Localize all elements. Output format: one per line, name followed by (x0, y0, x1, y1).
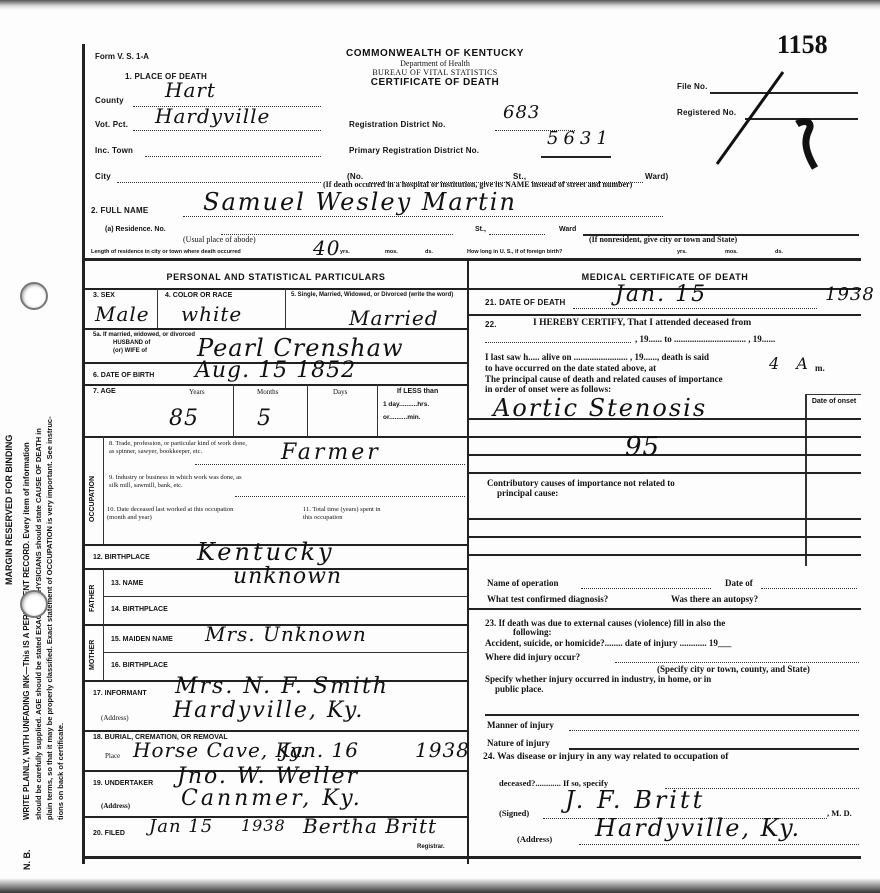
margin-nb: N. B. (22, 849, 32, 870)
ward-label: Ward) (645, 172, 668, 181)
residence-st-label: St., (475, 226, 486, 233)
divider (85, 384, 467, 386)
time-of-death-value[interactable]: 4 A (769, 354, 814, 373)
form-bottom-border (85, 856, 861, 859)
margin-instruction-3: plain terms, so that it may be properly … (45, 416, 54, 820)
cause-line-3 (469, 454, 861, 456)
nonresident-note: (If nonresident, give city or town and S… (589, 235, 737, 244)
divider (85, 328, 467, 330)
death-certificate-form: Form V. S. 1-A 1. PLACE OF DEATH COMMONW… (82, 44, 861, 864)
cancel-check-mark-icon (705, 64, 835, 174)
registrar-label: Registrar. (417, 844, 445, 850)
inc-town-line (145, 156, 321, 157)
spouse-label-1: 5a. If married, widowed, or divorced (93, 332, 195, 338)
last-saw-text: I last saw h..... alive on .............… (485, 352, 709, 362)
county-value[interactable]: Hart (165, 78, 216, 102)
trade-label: 8. Trade, profession, or particular kind… (109, 440, 249, 456)
registration-district-label: Registration District No. (349, 120, 446, 129)
length-of-residence-value[interactable]: 40 (313, 236, 340, 260)
binding-hole-icon (20, 590, 48, 618)
cause-line-4 (469, 472, 861, 474)
section-divider (85, 258, 861, 261)
dod-line (573, 308, 817, 309)
marital-value[interactable]: Married (349, 306, 439, 330)
divider (285, 288, 286, 328)
us-mos-label: mos. (725, 249, 738, 255)
certify-number: 22. (485, 320, 497, 329)
specify-city-note: (Specify city or town, county, and State… (657, 664, 810, 674)
column-divider (467, 258, 469, 864)
father-name-value[interactable]: unknown (233, 564, 342, 589)
trade-value[interactable]: Farmer (281, 440, 381, 465)
divider (307, 384, 308, 436)
nature-line (569, 748, 859, 750)
certificate-number: 1158 (777, 30, 828, 60)
divider (85, 288, 467, 290)
primary-district-label: Primary Registration District No. (349, 146, 479, 155)
mother-birthplace-label: 16. BIRTHPLACE (111, 662, 168, 669)
vot-pct-value[interactable]: Hardyville (155, 104, 270, 128)
primary-district-value[interactable]: 5631 (547, 128, 613, 149)
informant-label: 17. INFORMANT (93, 690, 147, 697)
sex-value[interactable]: Male (95, 302, 150, 326)
specify-where-2: public place. (495, 684, 544, 694)
mother-maiden-label: 15. MAIDEN NAME (111, 636, 173, 643)
birthplace-value[interactable]: Kentucky (197, 538, 335, 566)
margin-reserved-text: MARGIN RESERVED FOR BINDING (4, 435, 14, 585)
contributory-line-1 (469, 518, 861, 520)
sex-label: 3. SEX (93, 292, 115, 299)
manner-line (569, 730, 859, 731)
certify-text: I HEREBY CERTIFY, That I attended deceas… (533, 318, 751, 328)
occurred-text: to have occurred on the date stated abov… (485, 363, 656, 373)
months-label: Months (257, 388, 278, 396)
industry-line (235, 496, 465, 497)
ds-label: ds. (425, 249, 433, 255)
divider (103, 436, 104, 544)
burial-place-label: Place (105, 752, 120, 760)
county-label: County (95, 96, 124, 105)
divider (85, 436, 467, 438)
operation-date-line (761, 588, 857, 589)
onset-label: Date of onset (807, 398, 861, 406)
md-label: , M. D. (827, 808, 852, 818)
specify-where-1: Specify whether injury occurred in indus… (485, 674, 711, 684)
length-of-residence-label: Length of residence in city or town wher… (91, 249, 241, 255)
medical-heading: MEDICAL CERTIFICATE OF DEATH (469, 272, 861, 282)
industry-label: 9. Industry or business in which work wa… (109, 474, 249, 490)
where-injury-line (615, 662, 859, 663)
undertaker-address-value[interactable]: Cannmer, Ky. (181, 786, 363, 811)
mos-label: mos. (385, 249, 398, 255)
divider (85, 730, 467, 732)
margin-instruction-4: tions on back of certificate. (56, 723, 65, 820)
binding-margin: MARGIN RESERVED FOR BINDING N. B. WRITE … (0, 30, 82, 870)
burial-date-value[interactable]: Jan. 16 (281, 738, 359, 762)
divider (377, 384, 378, 436)
less-than-hrs: 1 day..........hrs. (383, 401, 429, 408)
personal-heading: PERSONAL AND STATISTICAL PARTICULARS (85, 272, 467, 282)
full-name-label: 2. FULL NAME (91, 206, 148, 215)
informant-value[interactable]: Mrs. N. F. Smith (175, 674, 389, 699)
spouse-label-3: (or) WIFE of (113, 348, 147, 354)
divider (103, 596, 467, 597)
mother-side-label: MOTHER (89, 640, 96, 670)
divider (233, 384, 234, 436)
certificate-title: CERTIFICATE OF DEATH (315, 77, 555, 88)
residence-label: (a) Residence. No. (105, 226, 166, 233)
operation-label: Name of operation (487, 578, 559, 588)
less-than-min: or..........min. (383, 414, 421, 421)
informant-address-value[interactable]: Hardyville, Ky. (173, 698, 364, 723)
primary-district-line (541, 156, 611, 158)
manner-label: Manner of injury (487, 720, 554, 730)
occupation-question-1: 24. Was disease or injury in any way rel… (483, 752, 728, 762)
physician-address-label: (Address) (517, 834, 552, 844)
physician-address-line (579, 844, 859, 845)
physician-signature[interactable]: J. F. Britt (565, 786, 705, 814)
birthplace-label: 12. BIRTHPLACE (93, 554, 150, 561)
nature-label: Nature of injury (487, 738, 550, 748)
where-injury-label: Where did injury occur? (485, 652, 580, 662)
residence-st-line (489, 234, 545, 235)
trade-line (195, 464, 465, 465)
margin-instruction-2: should be carefully supplied. AGE should… (34, 428, 43, 820)
cause-line-2 (469, 436, 861, 438)
color-value[interactable]: white (181, 302, 242, 326)
file-no-label: File No. (677, 82, 708, 91)
dob-value[interactable]: Aug. 15 1852 (195, 358, 356, 383)
form-id: Form V. S. 1-A (95, 52, 149, 61)
header-block: COMMONWEALTH OF KENTUCKY Department of H… (315, 48, 555, 88)
dod-year[interactable]: 1938 (825, 284, 875, 305)
us-yrs-label: yrs. (677, 249, 687, 255)
bureau-name: BUREAU OF VITAL STATISTICS (315, 68, 555, 77)
external-causes-2: following: (513, 627, 552, 637)
father-birthplace-label: 14. BIRTHPLACE (111, 606, 168, 613)
registrar-signature[interactable]: Bertha Britt (303, 814, 437, 838)
city-line (117, 182, 321, 183)
contributory-line-2 (469, 536, 861, 538)
spouse-label-2: HUSBAND of (113, 340, 150, 346)
yrs-label: yrs. (340, 249, 350, 255)
undertaker-label: 19. UNDERTAKER (93, 780, 153, 787)
vot-pct-line (133, 130, 321, 131)
filed-label: 20. FILED (93, 830, 125, 837)
dob-label: 6. DATE OF BIRTH (93, 372, 154, 379)
informant-address-label: (Address) (101, 714, 129, 722)
attended-line: , 19...... to ..........................… (635, 334, 775, 344)
registration-district-value[interactable]: 683 (503, 102, 540, 123)
filed-date-value[interactable]: Jan 15 (149, 816, 213, 837)
divider (103, 652, 467, 653)
mother-maiden-value[interactable]: Mrs. Unknown (205, 622, 367, 646)
father-side-label: FATHER (89, 585, 96, 612)
days-label: Days (333, 388, 347, 396)
divider (805, 394, 861, 395)
years-label: Years (189, 388, 205, 396)
cause-code-value[interactable]: 95 (625, 432, 660, 462)
abode-note: (Usual place of abode) (183, 235, 256, 244)
father-name-label: 13. NAME (111, 580, 143, 587)
operation-date-label: Date of (725, 578, 753, 588)
accident-label: Accident, suicide, or homicide?........ … (485, 638, 731, 648)
autopsy-label: Was there an autopsy? (671, 594, 758, 604)
operation-line (581, 588, 711, 589)
full-name-value[interactable]: Samuel Wesley Martin (203, 188, 517, 216)
occupation-side-label: OCCUPATION (89, 476, 96, 522)
margin-instruction-1: WRITE PLAINLY, WITH UNFADING INK—This IS… (22, 442, 31, 820)
age-years-value[interactable]: 85 (169, 406, 199, 431)
commonwealth-title: COMMONWEALTH OF KENTUCKY (315, 48, 555, 59)
dod-value[interactable]: Jan. 15 (615, 282, 707, 307)
contributory-line-3 (469, 554, 861, 556)
burial-year-value[interactable]: 1938 (415, 738, 470, 762)
cause-text-2: in order of onset were as follows: (485, 384, 611, 394)
less-than-label: If LESS than (397, 388, 438, 395)
color-label: 4. COLOR OR RACE (165, 292, 232, 299)
divider (469, 608, 861, 610)
vot-pct-label: Vot. Pct. (95, 120, 128, 129)
physician-address-value[interactable]: Hardyville, Ky. (595, 814, 801, 842)
contributory-label-1: Contributory causes of importance not re… (487, 478, 675, 488)
inc-town-label: Inc. Town (95, 146, 133, 155)
cause-line-1 (469, 418, 861, 420)
department-name: Department of Health (315, 59, 555, 68)
age-label: 7. AGE (93, 388, 116, 395)
divider (157, 288, 158, 328)
scan-top-edge (0, 0, 880, 10)
specify-where-line (485, 714, 859, 716)
full-name-line (183, 216, 663, 217)
cause-text-1: The principal cause of death and related… (485, 374, 723, 384)
city-label: City (95, 172, 111, 181)
us-ds-label: ds. (775, 249, 783, 255)
total-time-label: 11. Total time (years) spent in this occ… (303, 506, 383, 522)
foreign-birth-label: How long in U. S., if of foreign birth? (467, 249, 562, 255)
attended-from-line (485, 342, 631, 343)
dod-label: 21. DATE OF DEATH (485, 298, 565, 307)
residence-ward-label: Ward (559, 226, 576, 233)
divider (469, 314, 861, 316)
age-months-value[interactable]: 5 (257, 406, 272, 431)
test-label: What test confirmed diagnosis? (487, 594, 608, 604)
time-suffix: m. (815, 363, 825, 373)
marital-label: 5. Single, Married, Widowed, or Divorced… (291, 292, 461, 298)
contributory-label-2: principal cause: (497, 488, 558, 498)
filed-year-value[interactable]: 1938 (241, 816, 286, 835)
undertaker-address-label: (Address) (101, 802, 130, 810)
binding-hole-icon (20, 282, 48, 310)
last-worked-label: 10. Date deceased last worked at this oc… (107, 506, 237, 522)
signed-label: (Signed) (499, 808, 529, 818)
scan-bottom-edge (0, 878, 880, 893)
